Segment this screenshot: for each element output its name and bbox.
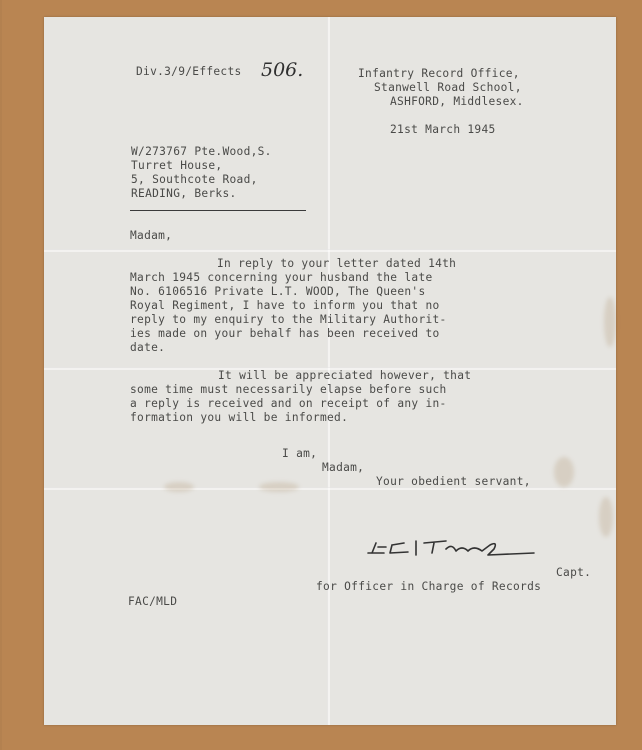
- recipient-line-2: Turret House,: [131, 159, 222, 174]
- signatory-title: for Officer in Charge of Records: [316, 580, 541, 595]
- closing-line-1: I am,: [282, 447, 317, 462]
- fold-line-horizontal-1: [44, 249, 616, 252]
- paragraph-1-line-7: date.: [130, 341, 165, 356]
- recipient-line-4: READING, Berks.: [131, 187, 237, 202]
- paper-stain: [259, 482, 299, 492]
- paragraph-1-line-1: In reply to your letter dated 14th: [217, 257, 456, 272]
- letter-paper: Div.3/9/Effects 506. Infantry Record Off…: [44, 17, 616, 725]
- sender-address-line-2: Stanwell Road School,: [374, 81, 522, 96]
- letter-date: 21st March 1945: [390, 123, 496, 138]
- address-underline: [130, 210, 306, 211]
- recipient-line-1: W/273767 Pte.Wood,S.: [131, 145, 272, 160]
- paragraph-1-line-2: March 1945 concerning your husband the l…: [130, 271, 433, 286]
- paragraph-1-line-6: ies made on your behalf has been receive…: [130, 327, 440, 342]
- salutation: Madam,: [130, 229, 172, 244]
- closing-line-3: Your obedient servant,: [376, 475, 531, 490]
- recipient-line-3: 5, Southcote Road,: [131, 173, 258, 188]
- paragraph-1-line-3: No. 6106516 Private L.T. WOOD, The Queen…: [130, 285, 426, 300]
- paper-stain: [554, 457, 574, 487]
- sender-address-line-1: Infantry Record Office,: [358, 67, 520, 82]
- paragraph-2-line-3: a reply is received and on receipt of an…: [130, 397, 447, 412]
- paragraph-1-line-5: reply to my enquiry to the Military Auth…: [130, 313, 447, 328]
- typist-reference: FAC/MLD: [128, 595, 177, 610]
- paragraph-2-line-4: formation you will be informed.: [130, 411, 348, 426]
- handwritten-signature: [364, 535, 554, 561]
- paper-stain: [599, 497, 613, 537]
- closing-line-2: Madam,: [322, 461, 364, 476]
- paper-stain: [604, 297, 616, 347]
- paper-stain: [164, 482, 194, 492]
- handwritten-reference-number: 506.: [261, 59, 303, 81]
- file-reference: Div.3/9/Effects: [136, 65, 242, 80]
- signatory-rank: Capt.: [556, 566, 591, 581]
- paragraph-2-line-2: some time must necessarily elapse before…: [130, 383, 447, 398]
- sender-address-line-3: ASHFORD, Middlesex.: [390, 95, 524, 110]
- paragraph-1-line-4: Royal Regiment, I have to inform you tha…: [130, 299, 440, 314]
- paragraph-2-line-1: It will be appreciated however, that: [218, 369, 471, 384]
